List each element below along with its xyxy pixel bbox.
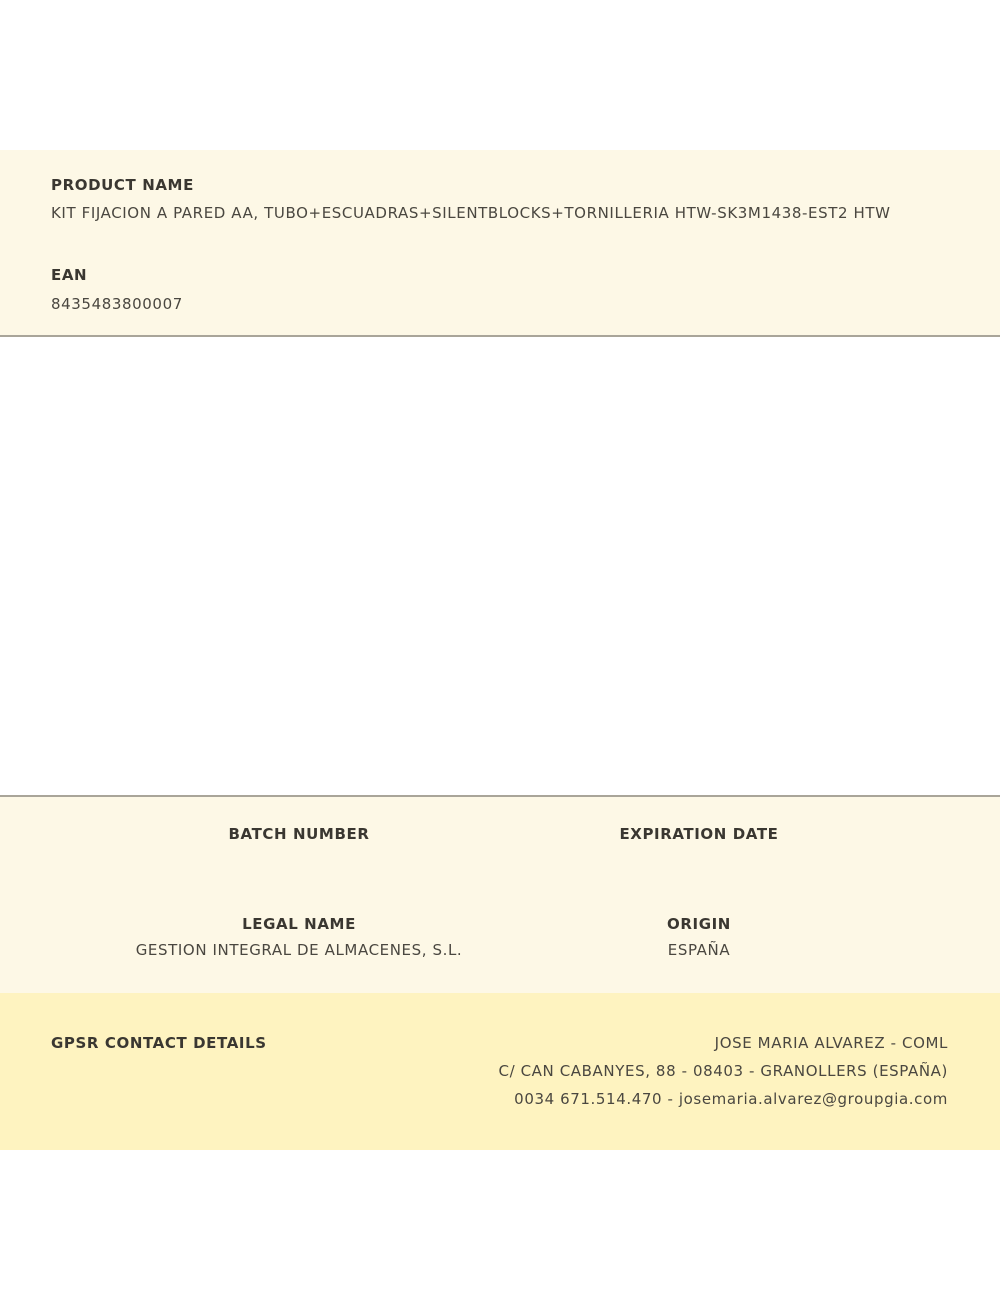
legal-name-field: LEGAL NAME GESTION INTEGRAL DE ALMACENES… — [99, 915, 499, 959]
contact-name: JOSE MARIA ALVAREZ - COML — [499, 1033, 949, 1061]
product-name-value: KIT FIJACION A PARED AA, TUBO+ESCUADRAS+… — [51, 204, 891, 222]
batch-number-field: BATCH NUMBER — [99, 825, 499, 851]
ean-value: 8435483800007 — [51, 295, 183, 313]
ean-label: EAN — [51, 266, 87, 284]
details-section: BATCH NUMBER EXPIRATION DATE LEGAL NAME … — [0, 795, 1000, 995]
contact-lines: JOSE MARIA ALVAREZ - COML C/ CAN CABANYE… — [499, 1033, 949, 1117]
origin-field: ORIGIN ESPAÑA — [499, 915, 899, 959]
expiration-date-field: EXPIRATION DATE — [499, 825, 899, 851]
gpsr-contact-label: GPSR CONTACT DETAILS — [51, 1034, 267, 1052]
product-section: PRODUCT NAME KIT FIJACION A PARED AA, TU… — [0, 150, 1000, 337]
origin-value: ESPAÑA — [499, 941, 899, 959]
contact-address: C/ CAN CABANYES, 88 - 08403 - GRANOLLERS… — [499, 1061, 949, 1089]
legal-name-label: LEGAL NAME — [99, 915, 499, 933]
origin-label: ORIGIN — [499, 915, 899, 933]
expiration-date-label: EXPIRATION DATE — [499, 825, 899, 843]
batch-number-label: BATCH NUMBER — [99, 825, 499, 843]
legal-name-value: GESTION INTEGRAL DE ALMACENES, S.L. — [99, 941, 499, 959]
contact-phone-email[interactable]: 0034 671.514.470 - josemaria.alvarez@gro… — [499, 1089, 949, 1117]
gpsr-contact-section: GPSR CONTACT DETAILS JOSE MARIA ALVAREZ … — [0, 993, 1000, 1150]
product-name-label: PRODUCT NAME — [51, 176, 194, 194]
